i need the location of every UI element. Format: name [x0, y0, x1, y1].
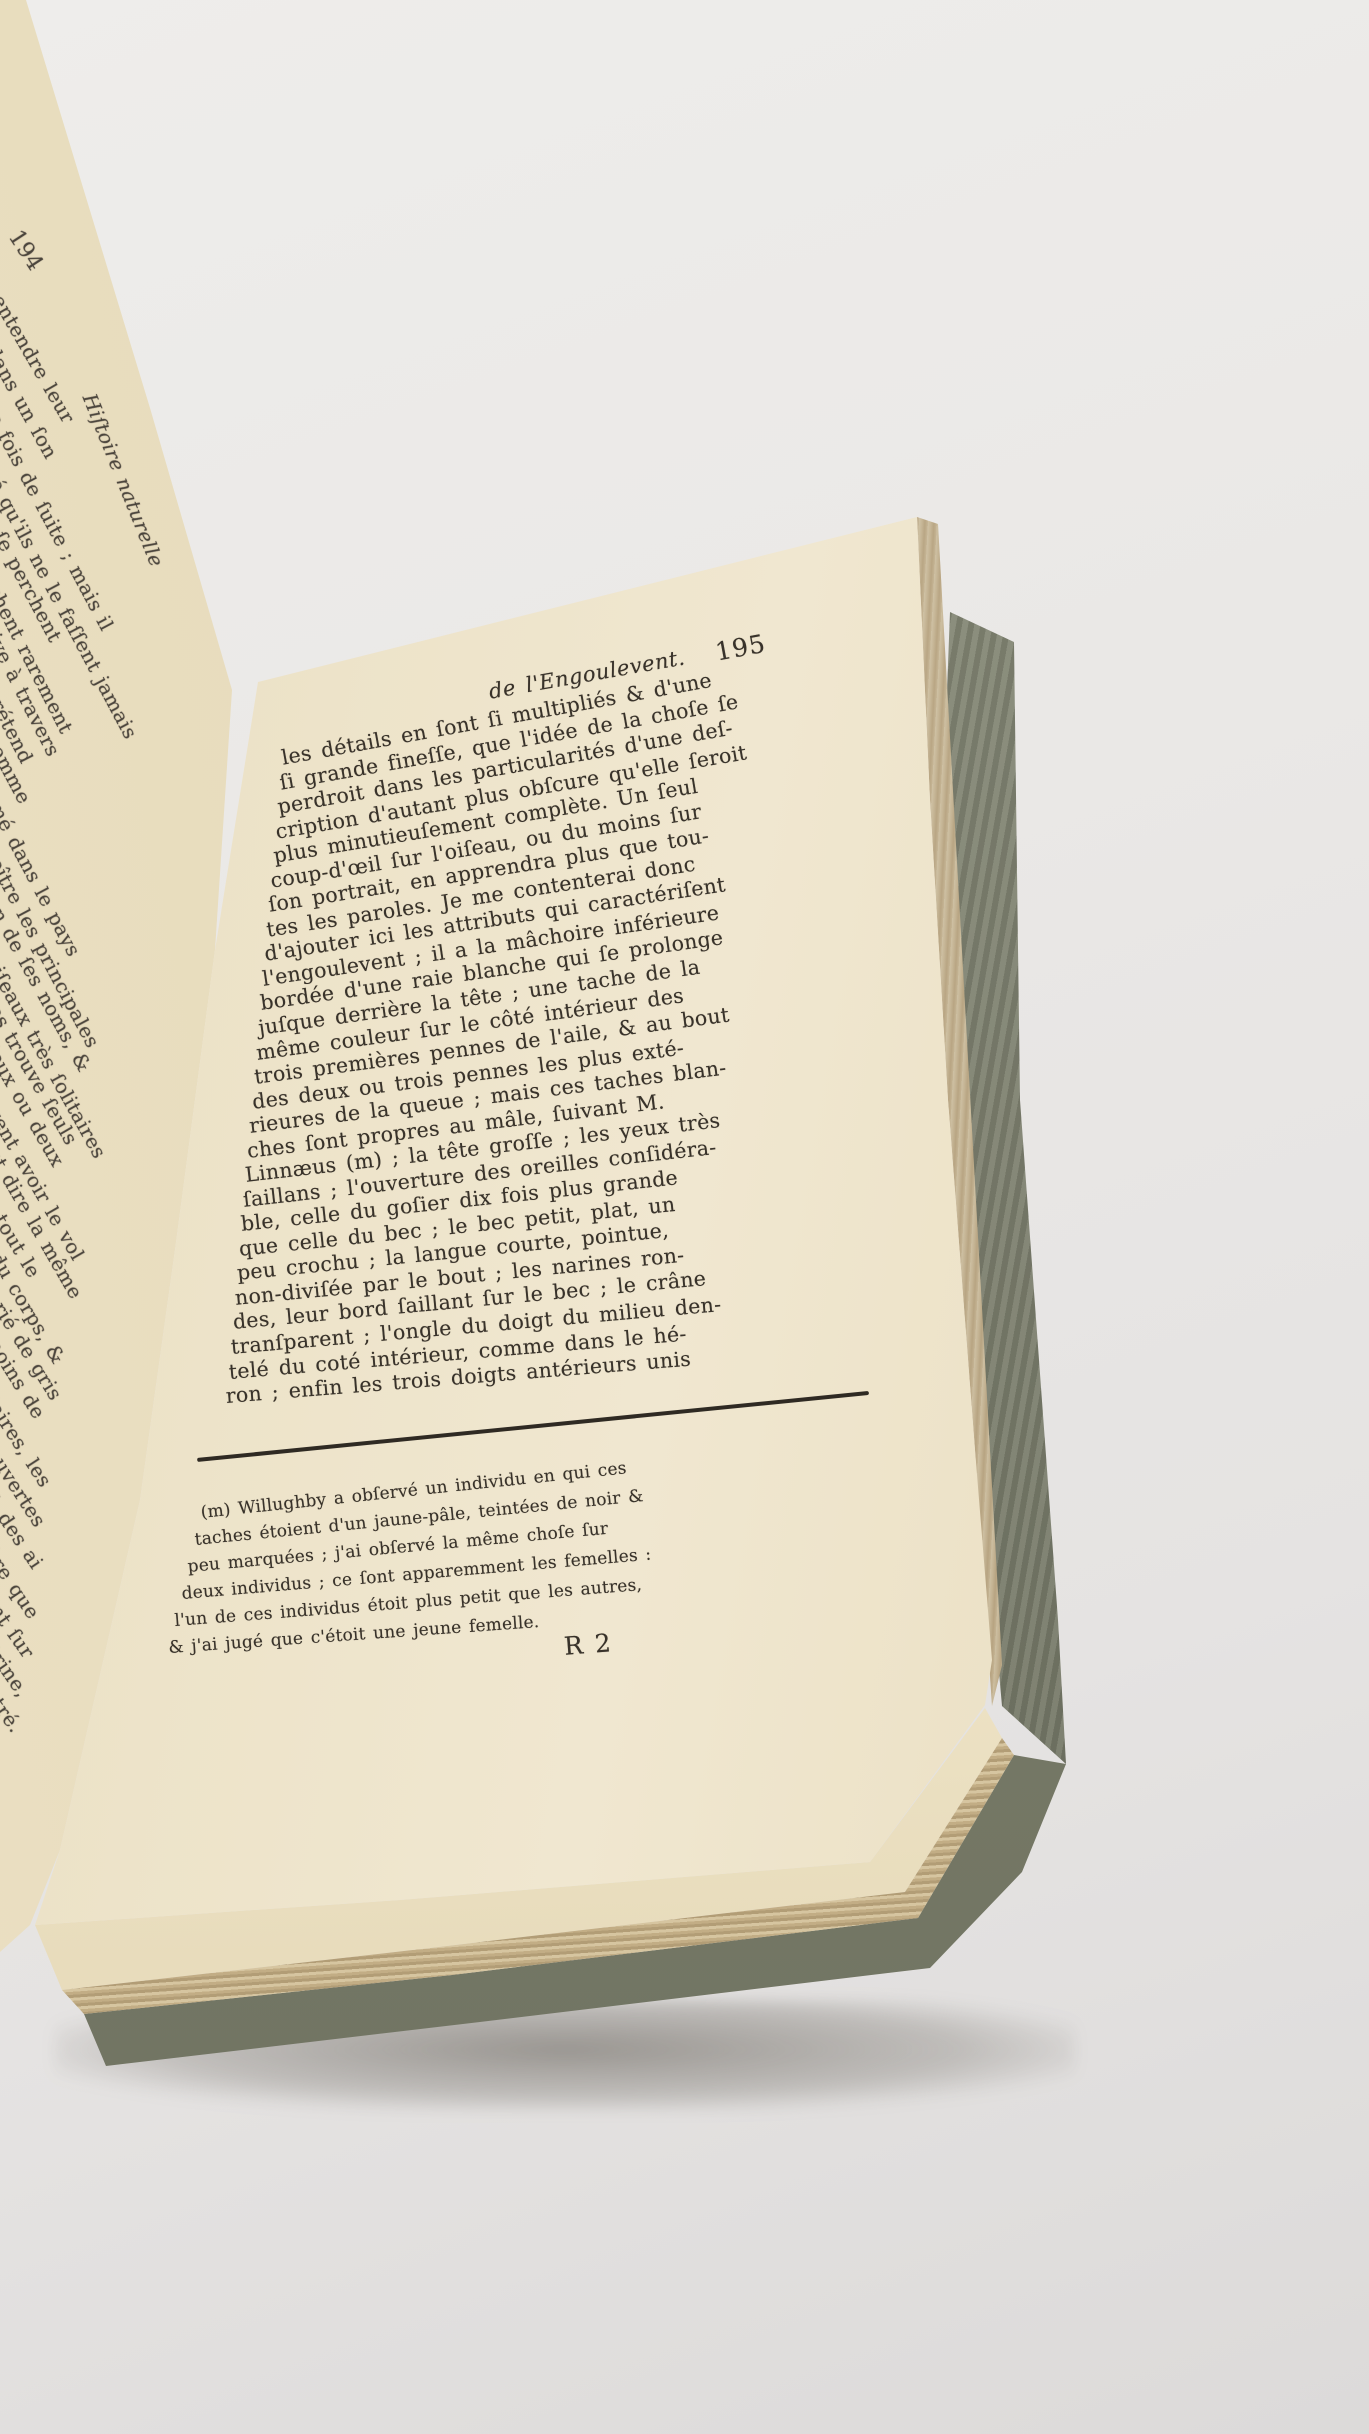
left-page-fragment: le nomme [0, 705, 37, 808]
left-page-fragment: perchent rarement [0, 549, 78, 737]
body-text-line: ble, celle du goſier dix fois plus grand… [240, 1167, 679, 1234]
left-page-fragment: moins de [0, 1329, 51, 1423]
body-text-line: des deux ou trois pennes les plus exté- [251, 1037, 685, 1112]
body-text-line: que celle du bec ; le bec petit, plat, u… [238, 1194, 676, 1259]
body-text-line: telé du coté intérieur, comme dans le hé… [228, 1324, 687, 1383]
footnote-rule [197, 1391, 869, 1462]
body-text-line: d'ajouter ici les attributs qui caractér… [263, 874, 727, 964]
left-page-fragment: raiſon de ſes noms, & [0, 861, 97, 1076]
left-page-fragment: connoître les principales [0, 809, 105, 1052]
body-text-line: ſon portrait, en apprendra plus que tou- [267, 825, 710, 915]
left-page-fragment: véré qu'ils ne le faſſent jamais [0, 444, 143, 743]
left-page-fragment: tré. [0, 1693, 28, 1737]
book-photo: 194 Hiſtoire naturelle entendre leur dan… [0, 0, 1369, 2434]
left-page-fragment: peut dire la même [0, 1121, 88, 1303]
body-text-line: bordée d'une raie blanche qui ſe prolong… [259, 927, 724, 1013]
running-header: de l'Engoulevent. [487, 645, 687, 703]
page-number: 195 [713, 629, 768, 667]
left-page-fragment: tre fois de ſuite ; mais il [0, 392, 119, 635]
left-page-fragment: ulaires, les [0, 1381, 57, 1491]
body-text-line: ſi grande fineſſe, que l'idée de la choſ… [278, 691, 740, 793]
footnote-line: (m) Willughby a obſervé un individu en q… [200, 1460, 627, 1522]
footnote-line: l'un de ces individus étoit plus petit q… [174, 1577, 643, 1630]
book-shadow [55, 2000, 1075, 2110]
body-text-line: rieures de la queue ; mais ces taches bl… [248, 1057, 728, 1136]
footnote-line: & j'ai jugé que c'étoit une jeune femell… [168, 1614, 540, 1657]
left-page-fragment: ent ſur [0, 1589, 40, 1663]
footnote-line: peu marquées ; j'ai obſervé la même choſ… [187, 1521, 609, 1576]
body-text-line: perdroit dans les particularités d'une d… [276, 718, 734, 818]
signature-mark: R 2 [563, 1628, 614, 1661]
left-page-fragment: & du corps, & [0, 1225, 71, 1368]
body-text-line: juſque derrière la tête ; une tache de l… [257, 957, 701, 1039]
body-text-line: coup-d'œil ſur l'oiſeau, ou du moins ſur [269, 801, 703, 891]
footnote-line: taches étoient d'un jaune-pâle, teintées… [194, 1488, 644, 1549]
left-page-fragment: arrive à travers [0, 601, 66, 760]
left-page-number: 194 [3, 226, 47, 276]
body-text-line: peu crochu ; la langue courte, pointue, [236, 1220, 670, 1283]
body-text-line: cription d'autant plus obſcure qu'elle ſ… [274, 742, 748, 842]
left-page-fragment: des oiſeaux très ſolitaires [0, 913, 112, 1162]
body-text-line: même couleur ſur le côté intérieur des [255, 985, 685, 1063]
left-page-fragment: à deux ou deux [0, 1017, 70, 1171]
body-text-line: ron ; enfin les trois doigts antérieurs … [225, 1349, 692, 1407]
body-text-line: ſaillans ; l'ouverture des oreilles conſ… [242, 1137, 717, 1210]
left-page-fragment: & des ai [0, 1485, 48, 1573]
left-page-fragment: ne ſe perchent [0, 497, 67, 646]
body-text-line: plus minutieuſement complète. Un ſeul [272, 776, 699, 866]
body-text-line: non-diviſée par le bout ; les narines ro… [234, 1245, 685, 1309]
body-text-line: ches ſont propres au mâle, ſuivant M. [246, 1091, 666, 1161]
body-text-line: des, leur bord ſaillant ſur le bec ; le … [232, 1268, 707, 1332]
body-text-line: les détails en ſont ſi multipliés & d'un… [280, 670, 713, 768]
left-page-fragment: on les trouve ſeuls [0, 965, 83, 1149]
left-page-fragment: nommé dans le pays [0, 757, 86, 960]
left-page-fragment: entendre leur [0, 290, 80, 427]
left-page-fragment: varié de gris [0, 1277, 68, 1404]
left-page-fragment: dans un ſon [0, 341, 63, 463]
left-page-fragment: on prétend [0, 653, 39, 767]
left-page-fragment: trine, [0, 1641, 35, 1701]
left-running-header: Hiſtoire naturelle [78, 390, 169, 570]
body-text-line: Linnæus (m) ; la tête groſſe ; les yeux … [244, 1110, 721, 1185]
body-text-line: trois premières pennes de l'aile, & au b… [253, 1004, 731, 1087]
left-page-fragment: peuvent avoir le vol [0, 1069, 90, 1264]
left-page-fragment: ière que [0, 1537, 45, 1623]
body-text-line: l'engoulevent ; il a la mâchoire inférie… [261, 902, 720, 989]
body-text-line: tes les paroles. Je me contenterai donc [265, 854, 697, 941]
footnote-line: deux individus ; ce ſont apparemment les… [181, 1547, 652, 1603]
left-page-fragment: couvertes [0, 1433, 51, 1531]
left-page-fragment: il a tout le [0, 1173, 46, 1282]
body-text-line: tranſparent ; l'ongle du doigt du milieu… [230, 1294, 722, 1357]
